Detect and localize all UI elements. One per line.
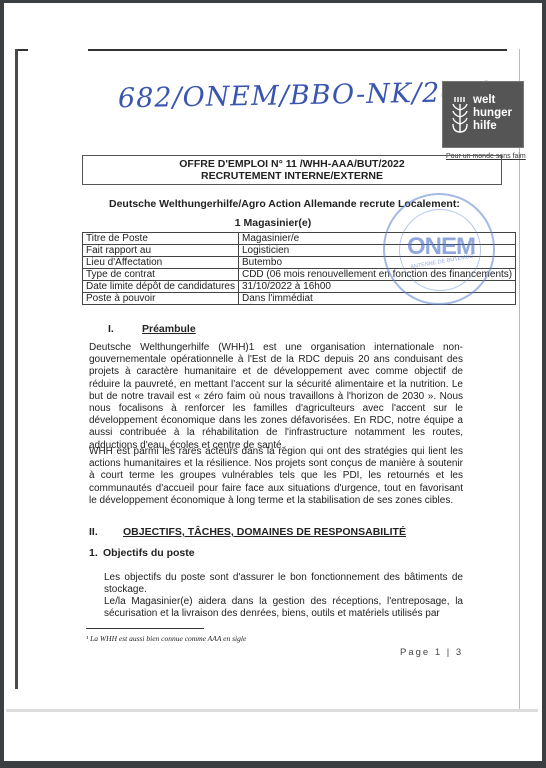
- section-objectifs-heading: II.OBJECTIFS, TÂCHES, DOMAINES DE RESPON…: [89, 526, 406, 538]
- section-preambule-heading: I.Préambule: [108, 323, 196, 335]
- objectifs-paragraph-2: Le/la Magasinier(e) aidera dans la gesti…: [104, 596, 463, 620]
- info-label: Poste à pouvoir: [83, 293, 239, 305]
- logo-line-welt: welt: [473, 94, 512, 107]
- objectifs-paragraph-1: Les objectifs du poste sont d'assurer le…: [104, 572, 463, 596]
- info-label: Fait rapport au: [83, 245, 239, 257]
- onem-stamp: ONEM ANTENNE DE BUTEMBO: [383, 193, 495, 305]
- logo-line-hunger: hunger: [473, 107, 512, 120]
- preambule-paragraph-1: Deutsche Welthungerhilfe (WHH)1 est une …: [89, 342, 463, 452]
- subsection-objectifs-poste: 1.Objectifs du poste: [89, 547, 195, 559]
- section-number: I.: [108, 323, 142, 335]
- info-label: Lieu d'Affectation: [83, 257, 239, 269]
- page-number: Page 1 | 3: [400, 647, 463, 658]
- info-label: Titre de Poste: [83, 233, 239, 245]
- preambule-paragraph-2: WHH est parmi les rares acteurs dans la …: [89, 446, 463, 507]
- scan-frame-top: [17, 49, 507, 51]
- info-label: Date limite dépôt de candidatures: [83, 281, 239, 293]
- job-offer-title-box: OFFRE D'EMPLOI N° 11 /WHH-AAA/BUT/2022 R…: [82, 155, 502, 185]
- offer-number: OFFRE D'EMPLOI N° 11 /WHH-AAA/BUT/2022: [83, 158, 501, 170]
- scan-frame-gap: [28, 49, 88, 51]
- subsection-title: Objectifs du poste: [103, 547, 195, 559]
- handwritten-reference: 682/ONEM/BBO-NK/2022: [118, 77, 495, 115]
- logo-text: welt hunger hilfe: [473, 94, 512, 133]
- welthungerhilfe-logo: welt hunger hilfe: [442, 81, 524, 148]
- offer-type: RECRUTEMENT INTERNE/EXTERNE: [83, 170, 501, 182]
- section-title: OBJECTIFS, TÂCHES, DOMAINES DE RESPONSAB…: [123, 526, 406, 538]
- info-label: Type de contrat: [83, 269, 239, 281]
- footnote-separator: [86, 628, 204, 629]
- wheat-icon: [451, 96, 469, 134]
- scan-frame-left: [15, 49, 18, 689]
- scan-frame-bottom: [6, 709, 538, 712]
- info-value: Dans l'immédiat: [238, 293, 515, 305]
- section-title: Préambule: [142, 323, 196, 335]
- subsection-number: 1.: [89, 547, 103, 559]
- section-number: II.: [89, 526, 123, 538]
- footnote: ¹ La WHH est aussi bien connue comme AAA…: [86, 634, 246, 643]
- scan-frame-right: [519, 49, 520, 709]
- logo-line-hilfe: hilfe: [473, 120, 512, 133]
